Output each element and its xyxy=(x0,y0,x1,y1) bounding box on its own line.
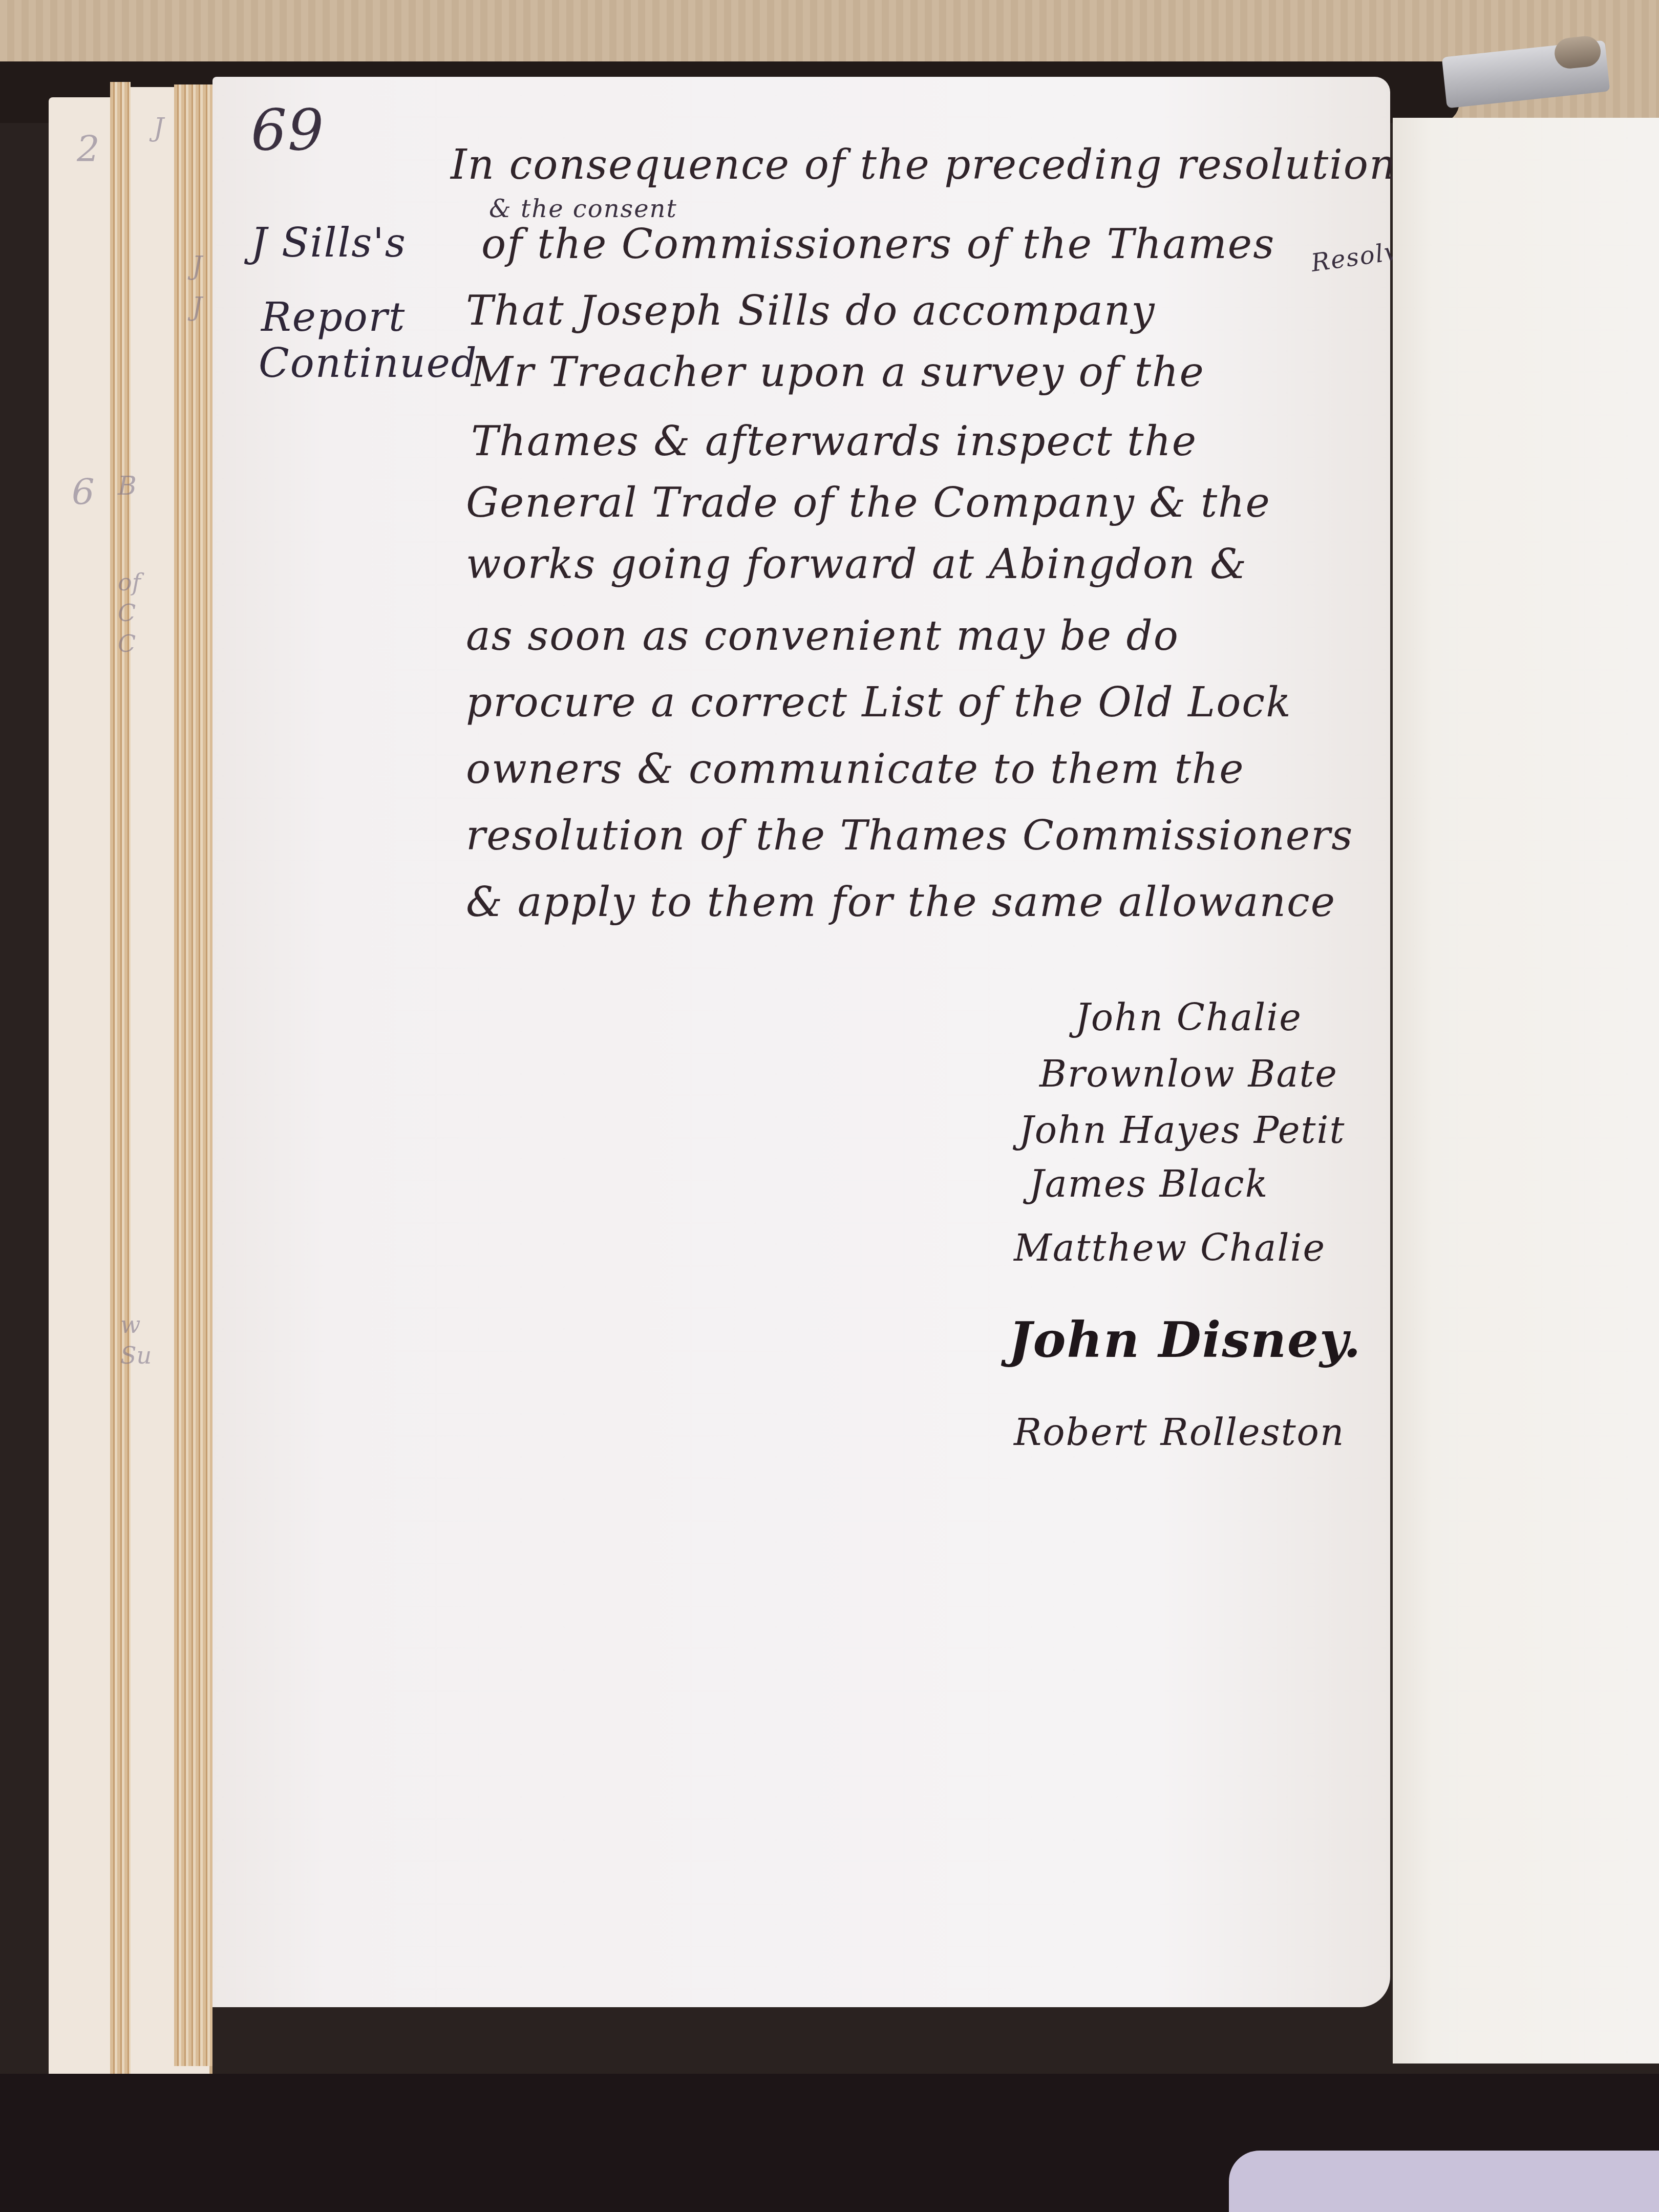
underlying-fragment: w xyxy=(120,1311,140,1338)
underlying-fragment: 6 xyxy=(72,471,95,513)
interlinear-insertion: & the consent xyxy=(489,195,677,223)
body-line: That Joseph Sills do accompany xyxy=(466,287,1156,334)
underlying-fragment: J xyxy=(192,292,202,322)
underlying-fragment: of xyxy=(118,568,141,596)
signature: James Black xyxy=(1029,1162,1268,1205)
manuscript-page-right-blank xyxy=(1393,118,1659,2064)
body-line: of the Commissioners of the Thames xyxy=(481,220,1275,268)
body-line: works going forward at Abingdon & xyxy=(466,540,1247,588)
margin-note-line: J Sills's xyxy=(251,220,407,266)
signature: John Chalie xyxy=(1075,996,1302,1039)
body-line: General Trade of the Company & the xyxy=(466,479,1271,526)
page-edge-stack-front xyxy=(174,84,212,2066)
underlying-fragment: B xyxy=(118,471,137,501)
page-edge-stack xyxy=(110,82,131,2079)
body-line: procure a correct List of the Old Lock xyxy=(466,678,1292,726)
signature: Brownlow Bate xyxy=(1039,1052,1338,1095)
page-number: 69 xyxy=(251,97,325,163)
underlying-fragment: J xyxy=(192,251,202,281)
signature: John Hayes Petit xyxy=(1019,1109,1345,1152)
signature: Robert Rolleston xyxy=(1014,1411,1345,1454)
body-line: as soon as convenient may be do xyxy=(466,612,1179,660)
underlying-fragment: C xyxy=(118,630,136,657)
body-line: In consequence of the preceding resoluti… xyxy=(451,141,1397,188)
margin-note-line: Continued xyxy=(259,341,478,387)
underlying-fragment: J xyxy=(154,113,164,142)
signature: Matthew Chalie xyxy=(1014,1226,1326,1269)
underlying-fragment: Su xyxy=(120,1342,152,1369)
signature: John Disney. xyxy=(1009,1311,1362,1369)
body-line: Mr Treacher upon a survey of the xyxy=(471,348,1205,396)
underlying-fragment: 2 xyxy=(77,128,100,170)
underlying-fragment: C xyxy=(118,599,136,627)
body-line: Thames & afterwards inspect the xyxy=(471,417,1197,465)
body-line: resolution of the Thames Commissioners xyxy=(466,812,1353,859)
body-line: owners & communicate to them the xyxy=(466,745,1245,793)
body-line: & apply to them for the same allowance xyxy=(466,878,1336,926)
background-surface xyxy=(1229,2151,1659,2212)
margin-note-line: Report xyxy=(261,294,406,341)
